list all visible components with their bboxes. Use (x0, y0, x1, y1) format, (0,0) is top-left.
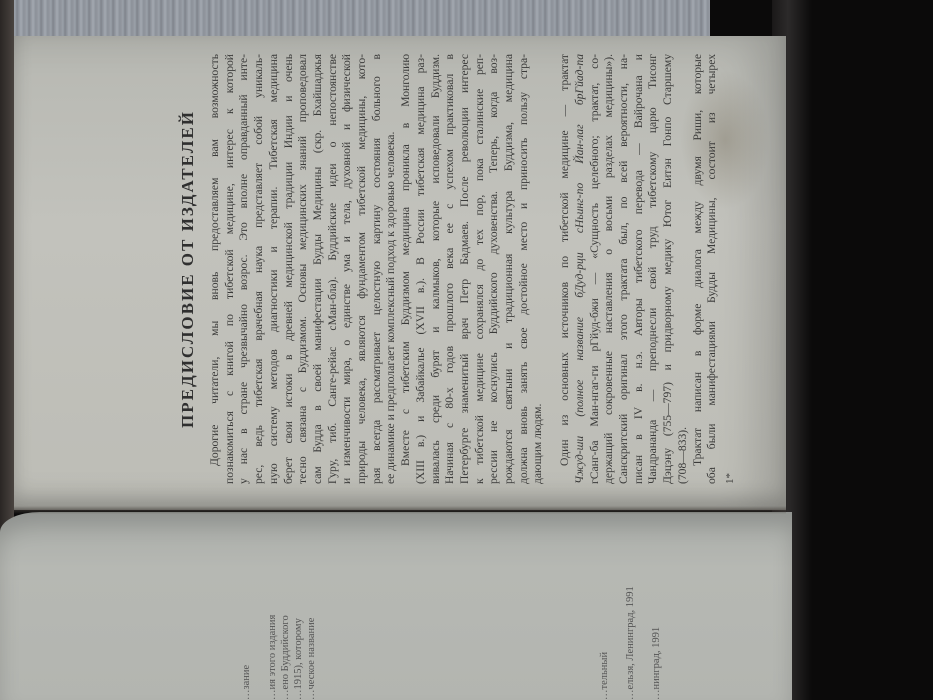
text-line: держащий сокровенные наставления о восьм… (602, 54, 617, 484)
left-page-fragment-a: …зание …ия этого издания …ено Буддийског… (240, 615, 318, 700)
text-line: ную систему методов диагностики и терапи… (267, 54, 282, 484)
text-line (637, 586, 650, 700)
paragraph-4: Трактат написан в форме диалога между дв… (691, 54, 720, 484)
text-line: Гуру, тиб. Санге-рейас сМан-бла). Буддий… (326, 54, 341, 484)
text-line: и изменчивости мира, о единстве ума и те… (340, 54, 355, 484)
text-line: …нинград, 1991 (650, 586, 663, 700)
text-line: рождаются святыни и традиционная культур… (502, 54, 517, 484)
paragraph-2: Вместе с тибетским Буддизмом медицина пр… (399, 54, 546, 484)
paragraph-3: Один из основных источников по тибетской… (558, 54, 690, 484)
text-line: рессии не коснулись Буддийского духовенс… (487, 54, 502, 484)
text-line (611, 586, 624, 700)
text-line: Чжуд-ши (полное название бДуд-рци сНьинг… (573, 54, 588, 484)
text-line: …ельзя, Ленинград, 1991 (624, 586, 637, 700)
text-line: …ено Буддийского (279, 615, 292, 700)
text-line: ее динамике и предполагает комплексный п… (384, 54, 399, 484)
text-line: Чандрананда — преподнесли свой труд тибе… (646, 54, 661, 484)
text-line: Санскритский оригинал этого трактата был… (617, 54, 632, 484)
left-page-fragment-b: …тельный …ельзя, Ленинград, 1991 …нингра… (598, 586, 663, 700)
text-line: Вместе с тибетским Буддизмом медицина пр… (399, 54, 414, 484)
text-line: познакомиться с книгой по тибетской меди… (223, 54, 238, 484)
text-line: должна вновь занять свое достойное место… (517, 54, 532, 484)
text-line: к тибетской медицине сохранялся до тех п… (473, 54, 488, 484)
text-line: (708—833). (676, 54, 691, 484)
wood-surface-background (0, 0, 710, 40)
text-line: рес, ведь тибетская врачебная наука пред… (252, 54, 267, 484)
text-line: сам Будда в своей манифестации Будды Мед… (311, 54, 326, 484)
paragraph-1: Дорогие читатели, мы вновь предоставляем… (208, 54, 399, 484)
text-line: …ия этого издания (266, 615, 279, 700)
text-line: Трактат написан в форме диалога между дв… (691, 54, 706, 484)
left-page (0, 512, 792, 700)
text-line: Дэцэну (755—797) и придворному медику Ют… (661, 54, 676, 484)
text-line: Дорогие читатели, мы вновь предоставляем… (208, 54, 223, 484)
right-page-text: ПРЕДИСЛОВИЕ ОТ ИЗДАТЕЛЕЙ Дорогие читател… (178, 54, 736, 484)
text-line: у нас в стране чрезвычайно возрос. Это в… (237, 54, 252, 484)
text-line: вивалась среди бурят и калмыков, которые… (429, 54, 444, 484)
text-line: оба были манифестациями Будды Медицины, … (705, 54, 720, 484)
text-line: рая всегда рассматривает целостную карти… (370, 54, 385, 484)
footnote-marker: 1* (724, 54, 736, 484)
text-line: Один из основных источников по тибетской… (558, 54, 573, 484)
text-line: …ческое название (305, 615, 318, 700)
text-line: берет свои истоки в древней медицинской … (282, 54, 297, 484)
text-line: гСанг-ба Ман-нгаг-ги рГйуд-бжи — «Сущнос… (588, 54, 603, 484)
page-title: ПРЕДИСЛОВИЕ ОТ ИЗДАТЕЛЕЙ (178, 54, 198, 484)
text-line: тесно связана с Буддизмом. Основы медици… (296, 54, 311, 484)
text-line (253, 615, 266, 700)
text-line: …1915), которому (292, 615, 305, 700)
text-line: дающим людям. (531, 54, 546, 484)
text-line: (XIII в.) и Забайкалье (XVII в.). В Росс… (414, 54, 429, 484)
text-line: Петербурге знаменитый врач Петр Бадмаев.… (458, 54, 473, 484)
text-line: природы человека, являются фундаментом т… (355, 54, 370, 484)
text-line: …тельный (598, 586, 611, 700)
text-line: …зание (240, 615, 253, 700)
book-gutter (14, 506, 786, 514)
text-line: Начиная с 80-х годов прошлого века ее с … (443, 54, 458, 484)
text-line: писан в IV в. н.э. Авторы тибетского пер… (632, 54, 647, 484)
